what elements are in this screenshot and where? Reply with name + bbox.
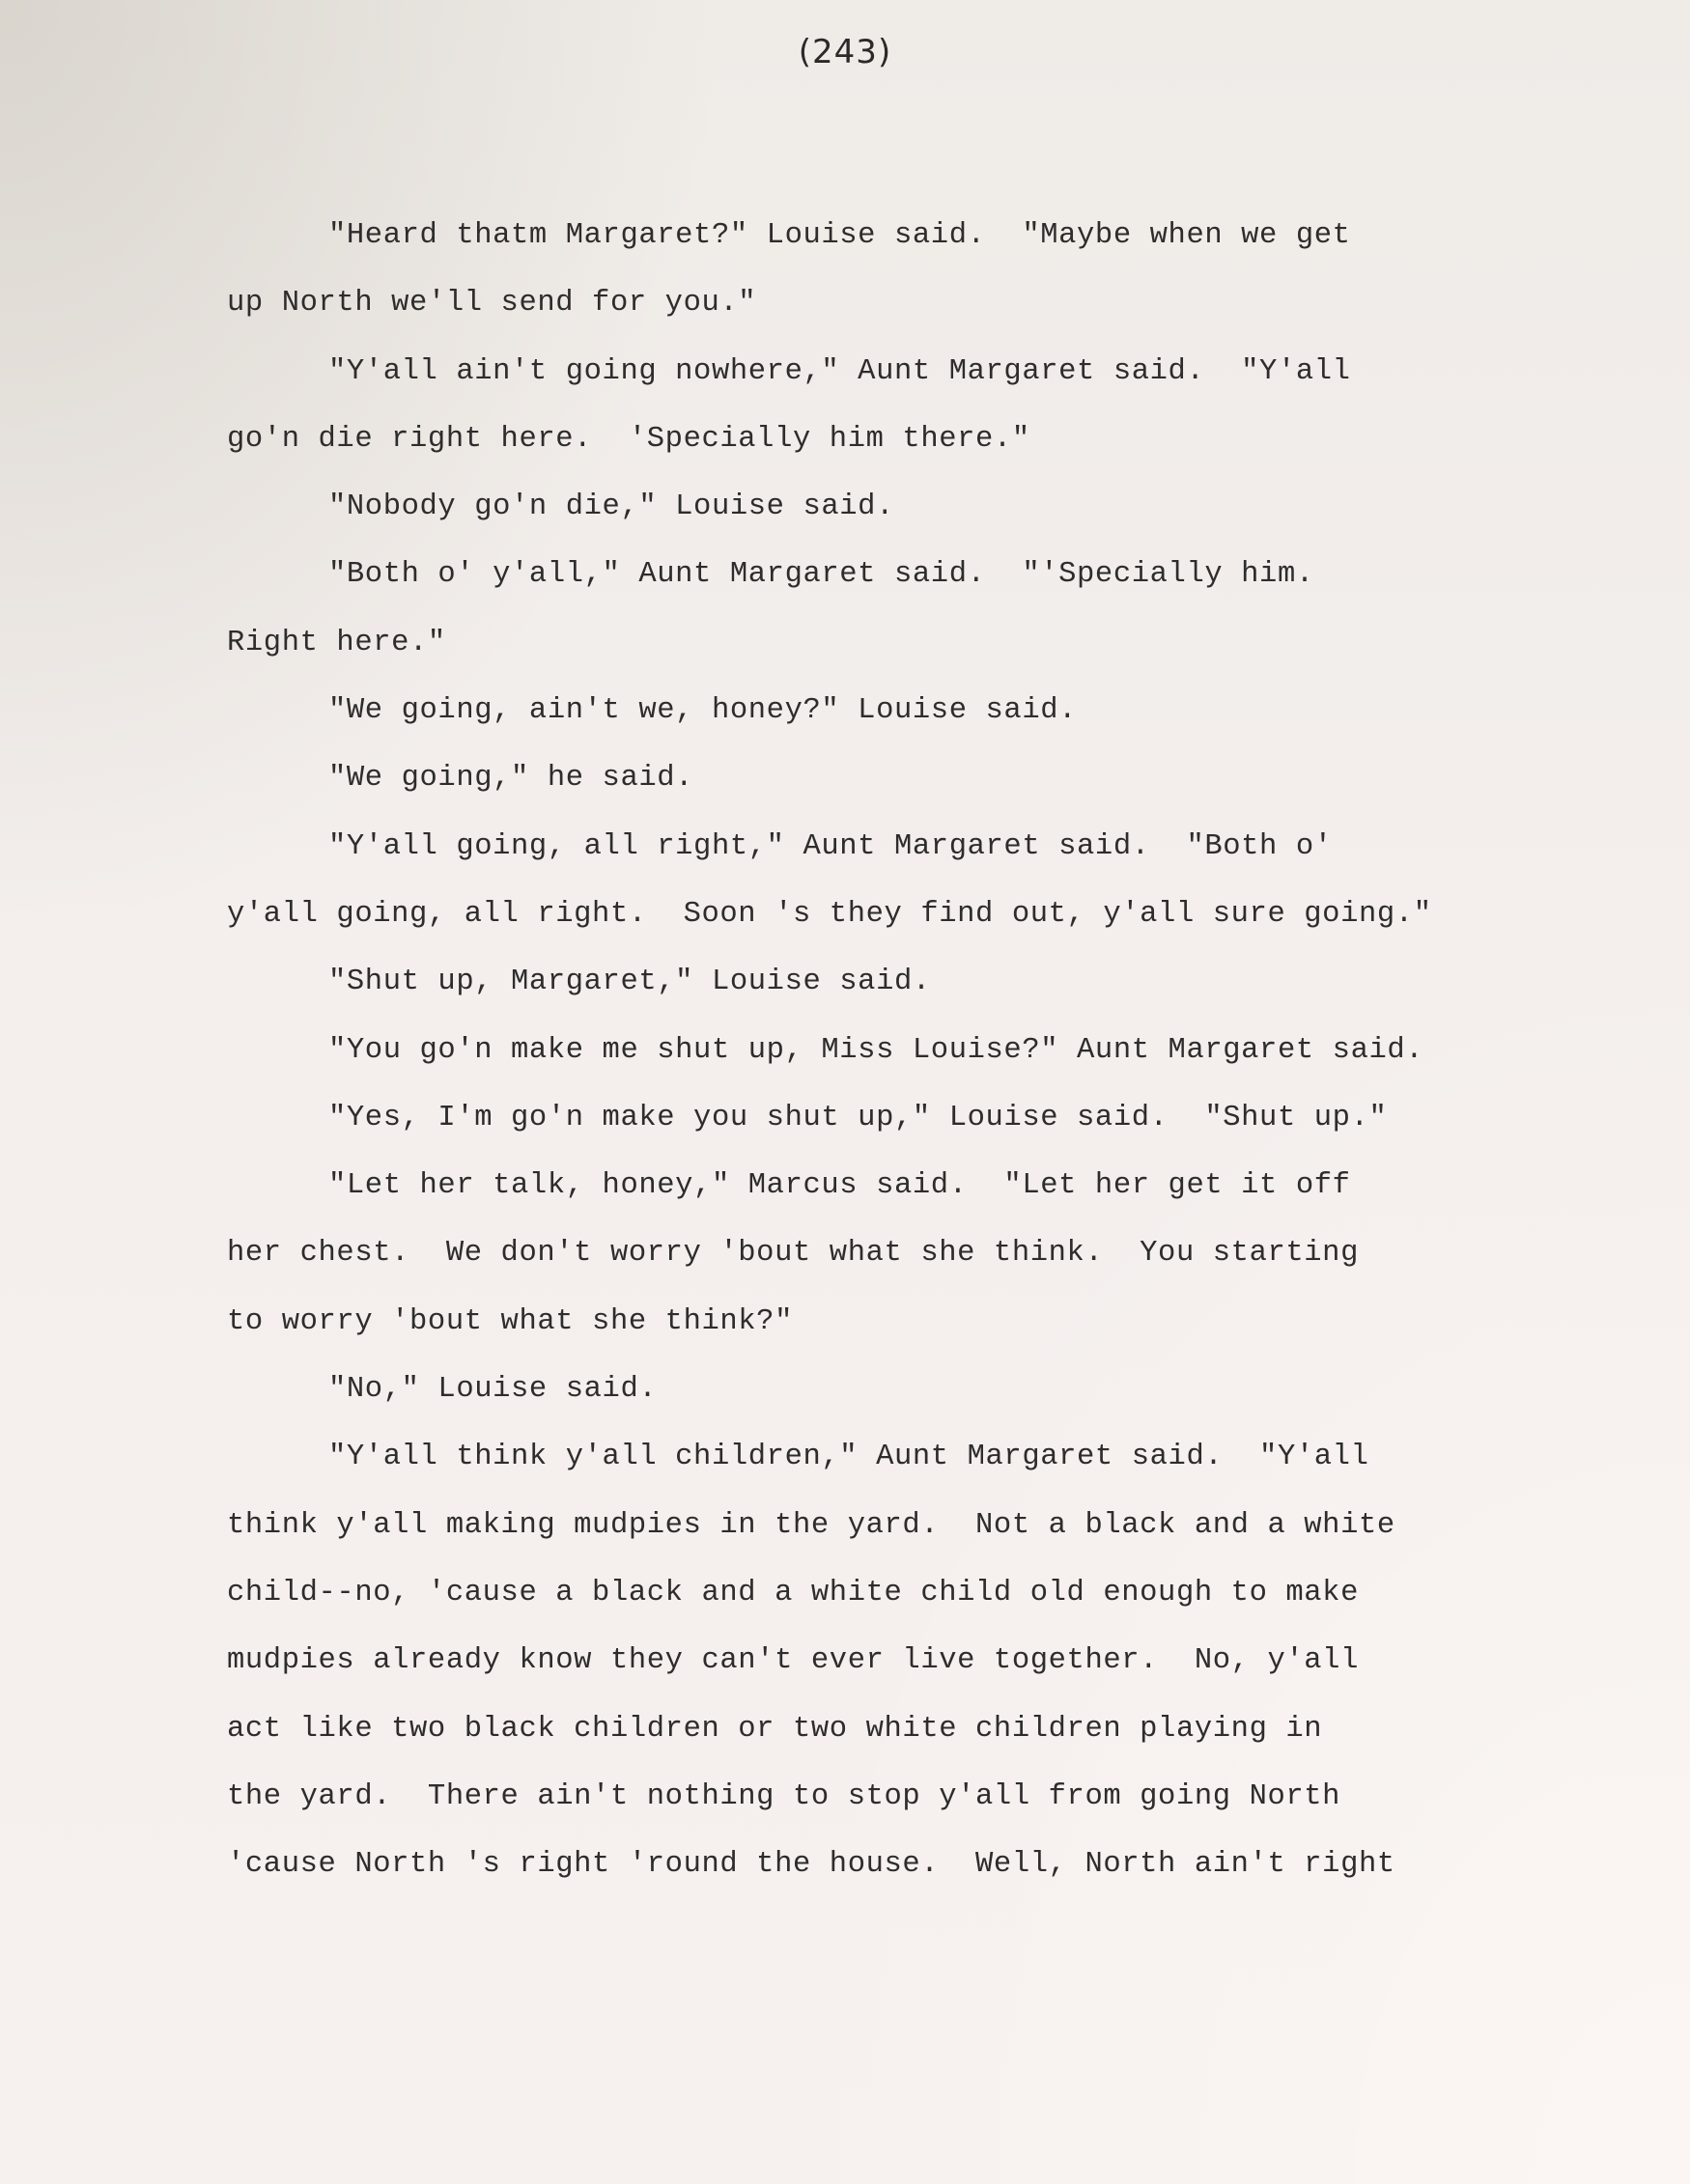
text-line: "We going," he said. bbox=[227, 751, 1579, 819]
text-line: "Nobody go'n die," Louise said. bbox=[227, 480, 1579, 547]
text-line: "Y'all going, all right," Aunt Margaret … bbox=[227, 820, 1579, 887]
text-line: "Heard thatm Margaret?" Louise said. "Ma… bbox=[227, 209, 1579, 276]
text-line: "No," Louise said. bbox=[227, 1362, 1579, 1430]
text-line: Right here." bbox=[227, 616, 1579, 684]
text-line: think y'all making mudpies in the yard. … bbox=[227, 1498, 1579, 1566]
text-line: child--no, 'cause a black and a white ch… bbox=[227, 1566, 1579, 1634]
manuscript-body: "Heard thatm Margaret?" Louise said. "Ma… bbox=[227, 209, 1579, 1905]
text-line: "Shut up, Margaret," Louise said. bbox=[227, 955, 1579, 1022]
text-line: "We going, ain't we, honey?" Louise said… bbox=[227, 684, 1579, 751]
text-line: "Let her talk, honey," Marcus said. "Let… bbox=[227, 1159, 1579, 1226]
text-line: act like two black children or two white… bbox=[227, 1702, 1579, 1770]
typewritten-page: (243) "Heard thatm Margaret?" Louise sai… bbox=[0, 0, 1690, 2184]
page-number: (243) bbox=[0, 33, 1690, 71]
text-line: go'n die right here. 'Specially him ther… bbox=[227, 412, 1579, 480]
text-line: "Y'all ain't going nowhere," Aunt Margar… bbox=[227, 345, 1579, 412]
text-line: to worry 'bout what she think?" bbox=[227, 1295, 1579, 1362]
text-line: y'all going, all right. Soon 's they fin… bbox=[227, 887, 1579, 955]
text-line: mudpies already know they can't ever liv… bbox=[227, 1634, 1579, 1701]
text-line: "Y'all think y'all children," Aunt Marga… bbox=[227, 1430, 1579, 1498]
text-line: "Yes, I'm go'n make you shut up," Louise… bbox=[227, 1091, 1579, 1159]
text-line: "Both o' y'all," Aunt Margaret said. "'S… bbox=[227, 547, 1579, 615]
text-line: the yard. There ain't nothing to stop y'… bbox=[227, 1770, 1579, 1837]
text-line: her chest. We don't worry 'bout what she… bbox=[227, 1226, 1579, 1294]
text-line: up North we'll send for you." bbox=[227, 276, 1579, 344]
text-line: 'cause North 's right 'round the house. … bbox=[227, 1837, 1579, 1905]
text-line: "You go'n make me shut up, Miss Louise?"… bbox=[227, 1023, 1579, 1091]
